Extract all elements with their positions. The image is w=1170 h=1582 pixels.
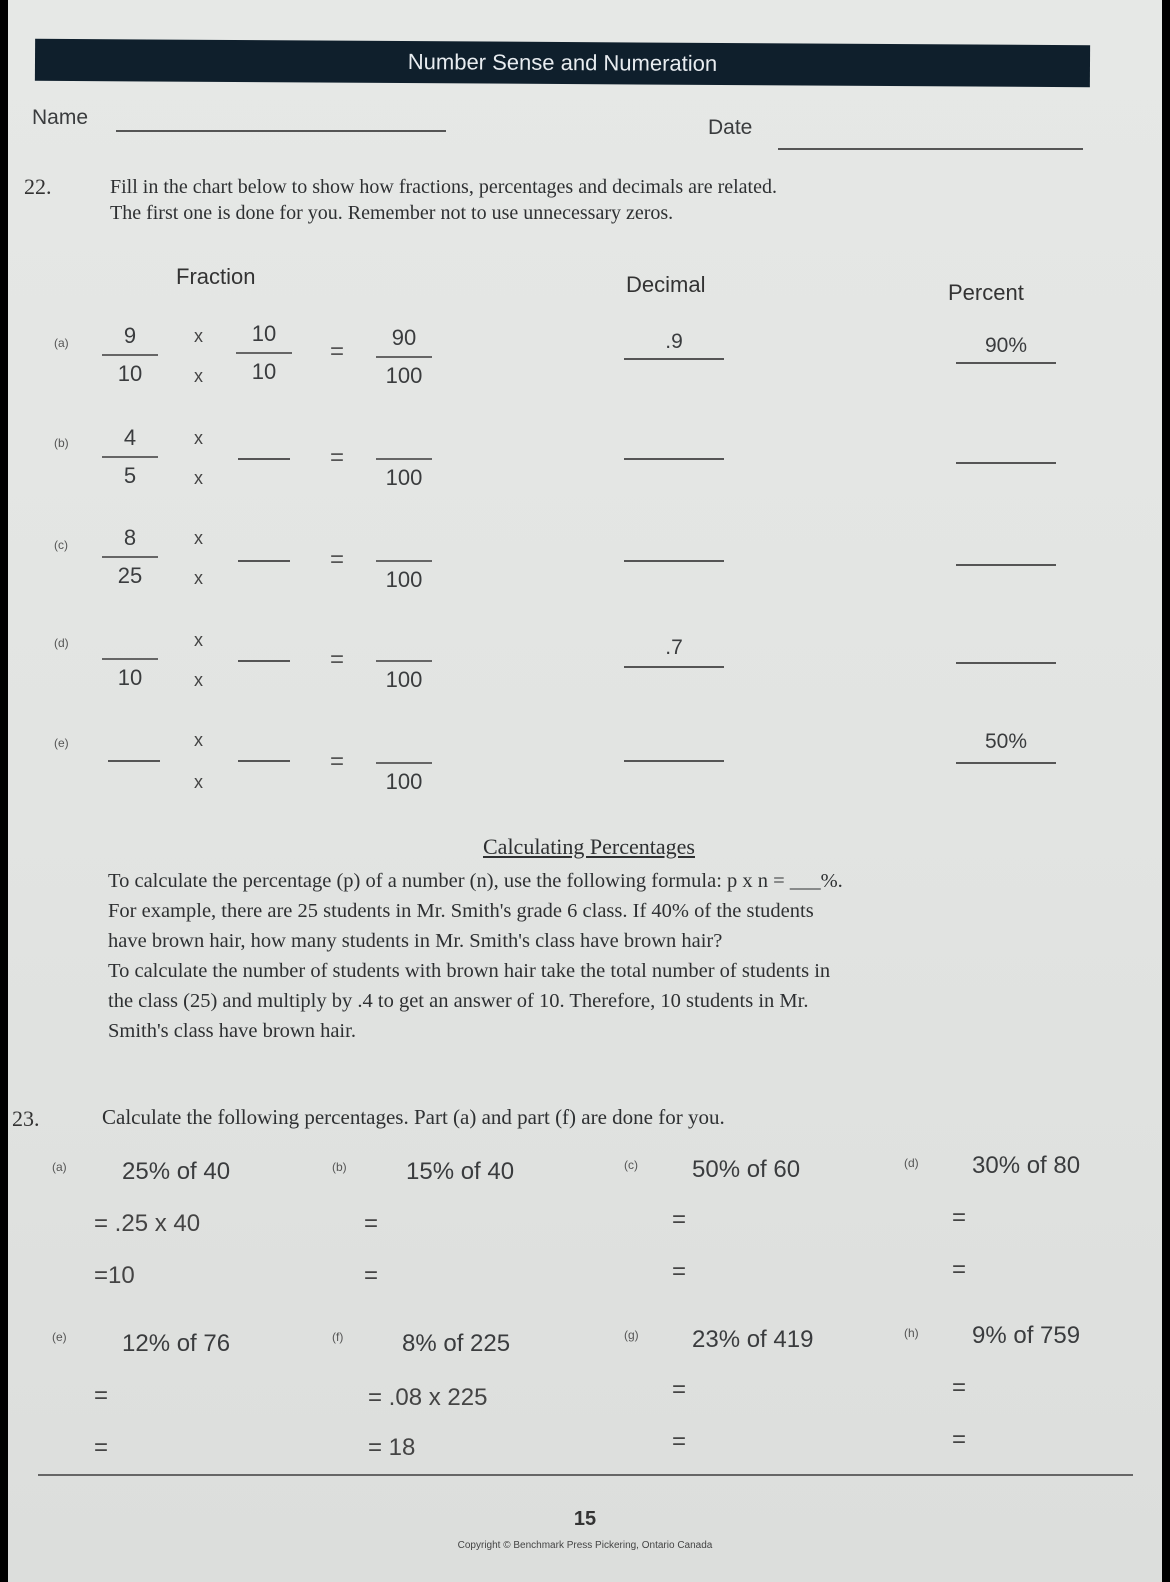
row-label: (d) xyxy=(54,636,69,650)
question-22-instructions: Fill in the chart below to show how frac… xyxy=(110,174,1120,226)
multiplier-blank[interactable] xyxy=(238,660,290,662)
denominator: 100 xyxy=(374,766,434,798)
work-line-1[interactable]: = xyxy=(364,1210,378,1238)
numerator: 90 xyxy=(374,322,434,354)
fraction-original: 910 xyxy=(100,320,160,390)
column-header-percent: Percent xyxy=(948,280,1024,306)
decimal-blank[interactable] xyxy=(624,560,724,562)
para-line: Smith's class have brown hair. xyxy=(108,1016,1128,1046)
equals-sign: = xyxy=(330,748,344,776)
work-line-1[interactable]: = xyxy=(672,1206,686,1234)
percent-blank[interactable] xyxy=(956,564,1056,566)
name-label: Name xyxy=(32,106,88,130)
problem-title: 9% of 759 xyxy=(972,1322,1080,1350)
denominator: 10 xyxy=(234,356,294,388)
fraction-multiplier: 1010 xyxy=(234,318,294,388)
work-line-2[interactable]: = 18 xyxy=(368,1434,415,1462)
decimal-answer: .9 xyxy=(624,330,724,354)
problem-title: 25% of 40 xyxy=(122,1158,230,1186)
work-line-1[interactable]: = xyxy=(672,1376,686,1404)
numerator xyxy=(374,626,434,658)
times-sign: x xyxy=(194,528,203,549)
percent-blank[interactable] xyxy=(956,662,1056,664)
problem-title: 8% of 225 xyxy=(402,1330,510,1358)
row-label: (c) xyxy=(54,538,68,552)
worksheet-page: Number Sense and Numeration Name Date 22… xyxy=(8,0,1162,1582)
work-line-2[interactable]: = xyxy=(672,1428,686,1456)
section-banner: Number Sense and Numeration xyxy=(35,39,1090,87)
decimal-blank[interactable] xyxy=(624,358,724,360)
footer-divider xyxy=(38,1474,1133,1476)
problem-label: (f) xyxy=(332,1330,343,1344)
denominator: 10 xyxy=(100,358,160,390)
problem-title: 23% of 419 xyxy=(692,1326,813,1354)
column-header-fraction: Fraction xyxy=(176,264,255,290)
row-label: (e) xyxy=(54,736,69,750)
calculating-percentages-explanation: To calculate the percentage (p) of a num… xyxy=(108,866,1128,1046)
copyright-notice: Copyright © Benchmark Press Pickering, O… xyxy=(8,1540,1162,1551)
numerator xyxy=(374,728,434,760)
problem-title: 12% of 76 xyxy=(122,1330,230,1358)
fraction-result: 90100 xyxy=(374,322,434,392)
instructions-line-1: Fill in the chart below to show how frac… xyxy=(110,174,1120,200)
denominator: 100 xyxy=(374,360,434,392)
problem-label: (e) xyxy=(52,1330,67,1344)
numerator xyxy=(374,526,434,558)
denominator: 100 xyxy=(374,664,434,696)
denominator: 25 xyxy=(100,560,160,592)
problem-label: (c) xyxy=(624,1158,638,1172)
percent-answer: 90% xyxy=(956,334,1056,358)
percent-blank[interactable] xyxy=(956,762,1056,764)
equals-sign: = xyxy=(330,646,344,674)
instructions-line-2: The first one is done for you. Remember … xyxy=(110,200,1120,226)
work-line-1[interactable]: = .25 x 40 xyxy=(94,1210,200,1238)
fraction-original: 825 xyxy=(100,522,160,592)
question-22-number: 22. xyxy=(24,174,52,200)
problem-title: 30% of 80 xyxy=(972,1152,1080,1180)
para-line: For example, there are 25 students in Mr… xyxy=(108,896,1128,926)
fraction-blank[interactable] xyxy=(108,760,160,762)
decimal-answer: .7 xyxy=(624,636,724,660)
times-sign: x xyxy=(194,630,203,651)
multiplier-blank[interactable] xyxy=(238,760,290,762)
work-line-1[interactable]: = .08 x 225 xyxy=(368,1384,487,1412)
question-23-number: 23. xyxy=(12,1106,40,1132)
times-sign: x xyxy=(194,772,203,793)
equals-sign: = xyxy=(330,338,344,366)
date-field[interactable] xyxy=(778,148,1083,150)
fraction-original[interactable]: 10 xyxy=(100,624,160,694)
work-line-2[interactable]: = xyxy=(364,1262,378,1290)
work-line-1[interactable]: = xyxy=(952,1374,966,1402)
para-line: have brown hair, how many students in Mr… xyxy=(108,926,1128,956)
work-line-2[interactable]: = xyxy=(94,1434,108,1462)
problem-label: (h) xyxy=(904,1326,919,1340)
numerator xyxy=(374,424,434,456)
work-line-2[interactable]: = xyxy=(952,1256,966,1284)
work-line-2[interactable]: = xyxy=(672,1258,686,1286)
times-sign: x xyxy=(194,326,203,347)
problem-label: (b) xyxy=(332,1160,347,1174)
numerator: 8 xyxy=(100,522,160,554)
denominator: 100 xyxy=(374,564,434,596)
work-line-2[interactable]: =10 xyxy=(94,1262,135,1290)
row-label: (a) xyxy=(54,336,69,350)
fraction-result[interactable]: 100 xyxy=(374,424,434,494)
para-line: To calculate the number of students with… xyxy=(108,956,1128,986)
para-line: the class (25) and multiply by .4 to get… xyxy=(108,986,1128,1016)
column-header-decimal: Decimal xyxy=(626,272,705,298)
question-23-instructions: Calculate the following percentages. Par… xyxy=(102,1104,725,1130)
multiplier-blank[interactable] xyxy=(238,458,290,460)
equals-sign: = xyxy=(330,444,344,472)
times-sign: x xyxy=(194,366,203,387)
decimal-blank[interactable] xyxy=(624,666,724,668)
problem-label: (g) xyxy=(624,1328,639,1342)
problem-title: 50% of 60 xyxy=(692,1156,800,1184)
para-line: To calculate the percentage (p) of a num… xyxy=(108,866,1128,896)
percent-answer: 50% xyxy=(956,730,1056,754)
numerator: 10 xyxy=(234,318,294,350)
equals-sign: = xyxy=(330,546,344,574)
page-number: 15 xyxy=(8,1508,1162,1531)
denominator: 5 xyxy=(100,460,160,492)
numerator xyxy=(100,624,160,656)
multiplier-blank[interactable] xyxy=(238,560,290,562)
percent-blank[interactable] xyxy=(956,362,1056,364)
fraction-original: 45 xyxy=(100,422,160,492)
work-line-2[interactable]: = xyxy=(952,1426,966,1454)
date-label: Date xyxy=(708,116,752,140)
name-field[interactable] xyxy=(116,130,446,132)
times-sign: x xyxy=(194,730,203,751)
decimal-blank[interactable] xyxy=(624,760,724,762)
row-label: (b) xyxy=(54,436,69,450)
fraction-result[interactable]: 100 xyxy=(374,626,434,696)
denominator: 100 xyxy=(374,462,434,494)
numerator: 9 xyxy=(100,320,160,352)
work-line-1[interactable]: = xyxy=(952,1204,966,1232)
percent-blank[interactable] xyxy=(956,462,1056,464)
problem-label: (a) xyxy=(52,1160,67,1174)
denominator: 10 xyxy=(100,662,160,694)
times-sign: x xyxy=(194,568,203,589)
decimal-blank[interactable] xyxy=(624,458,724,460)
problem-label: (d) xyxy=(904,1156,919,1170)
times-sign: x xyxy=(194,428,203,449)
section-title-calculating-percentages: Calculating Percentages xyxy=(483,834,695,860)
fraction-result[interactable]: 100 xyxy=(374,728,434,798)
work-line-1[interactable]: = xyxy=(94,1382,108,1410)
times-sign: x xyxy=(194,468,203,489)
times-sign: x xyxy=(194,670,203,691)
numerator: 4 xyxy=(100,422,160,454)
problem-title: 15% of 40 xyxy=(406,1158,514,1186)
fraction-result[interactable]: 100 xyxy=(374,526,434,596)
